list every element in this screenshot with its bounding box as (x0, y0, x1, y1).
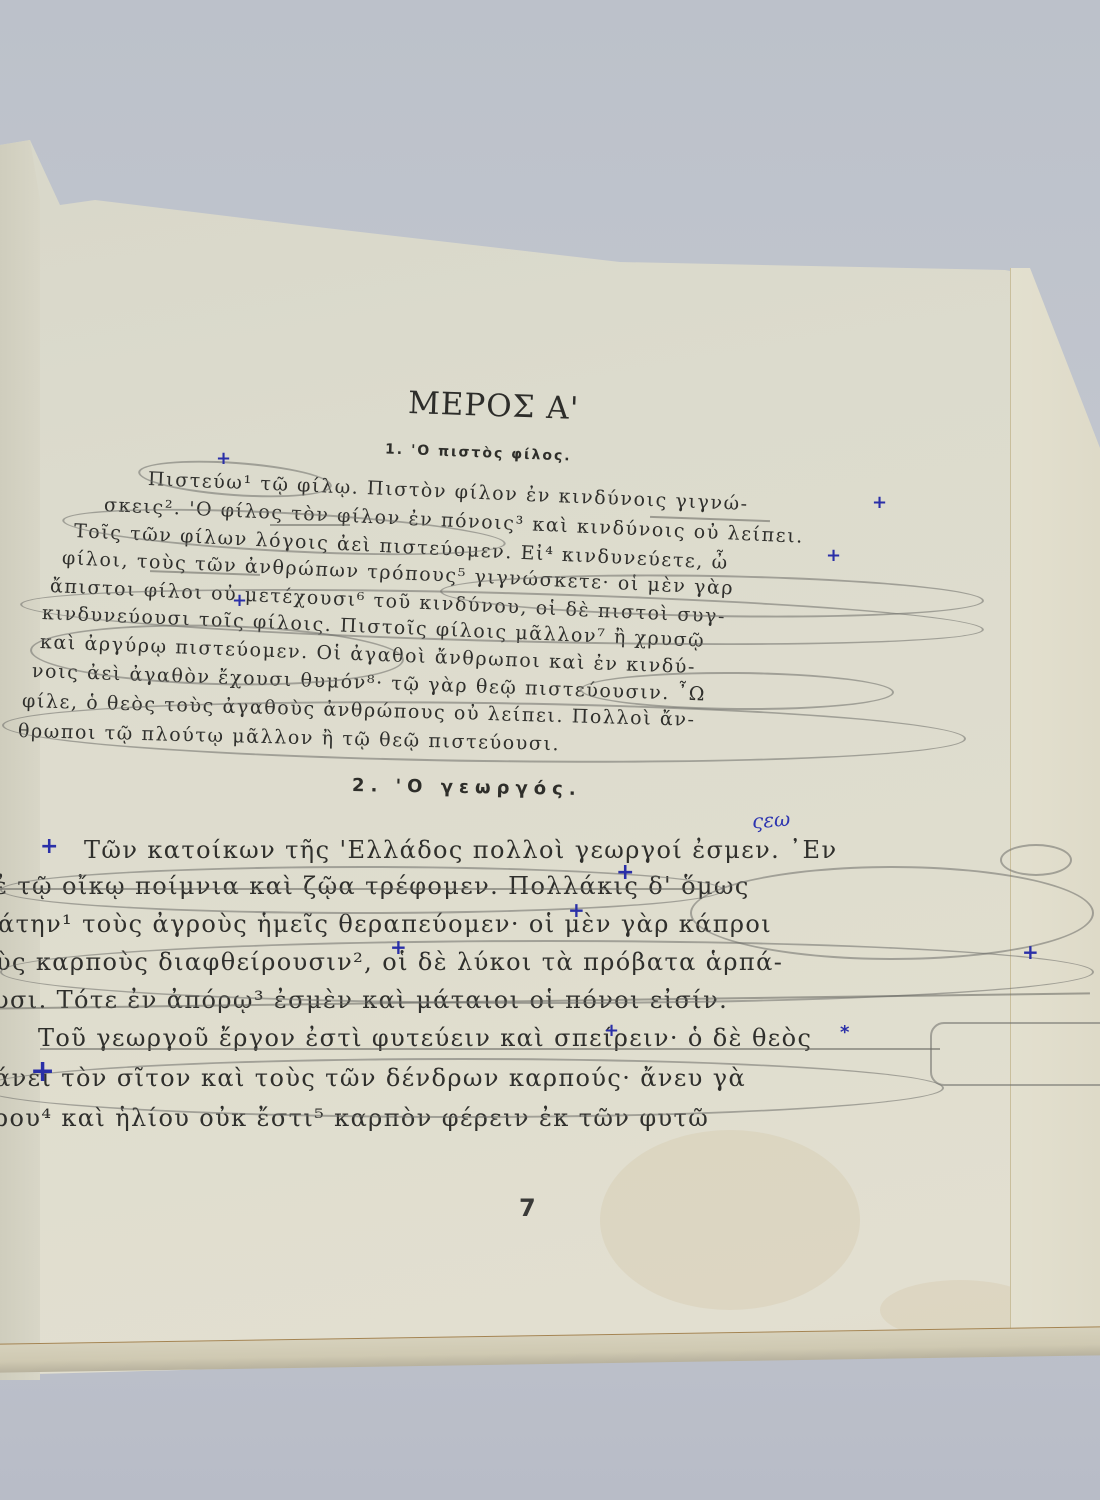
page-title: ΜΕΡΟΣ Α' (407, 385, 579, 427)
pen-plus-mark: + (390, 935, 407, 959)
text-line: άτην¹ τοὺς ἀγροὺς ἡμεῖς θεραπεύομεν· οἱ … (0, 910, 772, 938)
pen-plus-mark: + (30, 1054, 55, 1089)
pen-plus-mark: + (568, 898, 585, 922)
pen-plus-mark: + (40, 834, 58, 859)
pen-plus-mark: + (872, 492, 887, 513)
pen-plus-mark: + (1022, 940, 1039, 964)
pencil-circle-annotation (1000, 844, 1072, 876)
pencil-circle-annotation (137, 455, 333, 502)
pencil-strikethrough (40, 1048, 940, 1050)
pen-plus-mark: + (604, 1020, 619, 1041)
pen-plus-mark: + (216, 448, 231, 469)
handwritten-note: ςεω (751, 807, 791, 834)
pen-plus-mark: + (232, 590, 247, 611)
pen-plus-mark: + (616, 860, 634, 885)
pencil-circle-annotation (930, 1022, 1100, 1086)
section-2-heading: 2. 'Ο γεωργός. (352, 775, 582, 800)
page-content: ΜΕΡΟΣ Α' 1. 'Ο πιστὸς φίλος. Πιστεύω¹ τῷ… (0, 0, 1100, 1500)
text-line: Τῶν κατοίκων τῆς 'Ελλάδος πολλοὶ γεωργοί… (84, 836, 837, 864)
section-1-heading: 1. 'Ο πιστὸς φίλος. (385, 441, 572, 464)
pen-plus-mark: + (826, 545, 841, 566)
pencil-circle-annotation (0, 1058, 944, 1118)
pen-star-mark: * (840, 1022, 849, 1043)
page-number: 7 (519, 1194, 536, 1222)
